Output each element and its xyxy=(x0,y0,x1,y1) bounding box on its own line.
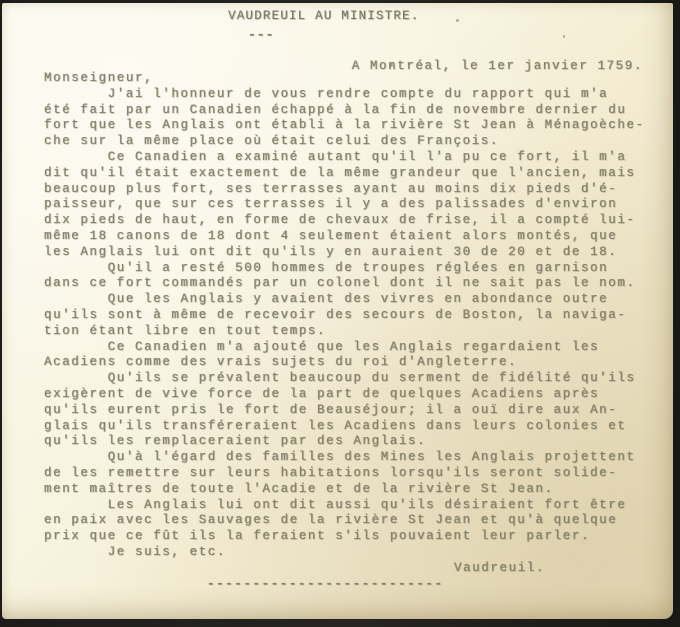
letter-line: J'ai l'honneur de vous rendre compte du … xyxy=(44,87,669,103)
letter-line: Que les Anglais y avaient des vivres en … xyxy=(44,292,669,308)
letter-line: Acadiens comme des vrais sujets du roi d… xyxy=(44,355,669,371)
letter-line: de les remettre sur leurs habitations lo… xyxy=(44,466,669,482)
letter-line: Je suis, etc. xyxy=(44,545,669,561)
letter-line: Ce Canadien a examiné autant qu'il l'a p… xyxy=(44,150,669,166)
ink-speck xyxy=(456,19,459,22)
letter-line: dix pieds de haut, en forme de chevaux d… xyxy=(44,213,669,229)
letter-line: paisseur, que sur ces terrasses il y a d… xyxy=(44,197,669,213)
letter-line: glais qu'ils transféreraient les Acadien… xyxy=(44,419,669,435)
paper-sheet: VAUDREUIL AU MINISTRE. --- A Montréal, l… xyxy=(2,3,673,619)
letter-line: dit qu'il était exactement de la même gr… xyxy=(44,166,669,182)
signature: Vaudreuil. xyxy=(44,561,669,577)
letter-line: en paix avec les Sauvages de la rivière … xyxy=(44,513,669,529)
letter-line: beaucoup plus fort, ses terrasses ayant … xyxy=(44,182,669,198)
letter-line: qu'ils les remplaceraient par des Anglai… xyxy=(44,434,669,450)
letter-line: qu'ils eurent pris le fort de Beauséjour… xyxy=(44,403,669,419)
letter-line: qu'ils sont à même de recevoir des secou… xyxy=(44,308,669,324)
letter-line: Les Anglais lui ont dit aussi qu'ils dés… xyxy=(44,498,669,514)
letter-line: prix que ce fût ils la feraient s'ils po… xyxy=(44,529,669,545)
letter-line: dans ce fort commandés par un colonel do… xyxy=(44,276,669,292)
body-lines: J'ai l'honneur de vous rendre compte du … xyxy=(44,87,669,561)
letter-line: Qu'à l'égard des familles des Mines les … xyxy=(44,450,669,466)
letter-line: fort que les Anglais ont établi à la riv… xyxy=(44,118,669,134)
ink-speck xyxy=(390,63,393,67)
letter-line: Ce Canadien m'a ajouté que les Anglais r… xyxy=(44,340,669,356)
letter-line: été fait par un Canadien échappé à la fi… xyxy=(44,103,669,119)
letter-line: exigèrent de vive force de la part de qu… xyxy=(44,387,669,403)
end-rule: -------------------------- xyxy=(44,577,669,593)
letter-body: Monseigneur, J'ai l'honneur de vous rend… xyxy=(44,71,669,592)
letter-line: même 18 canons de 18 dont 4 seulement ét… xyxy=(44,229,669,245)
letter-line: Qu'il a resté 500 hommes de troupes régl… xyxy=(44,261,669,277)
letter-line: tion étant libre en tout temps. xyxy=(44,324,669,340)
ink-speck xyxy=(563,35,565,38)
letter-heading: VAUDREUIL AU MINISTRE. xyxy=(228,9,419,23)
heading-rule: --- xyxy=(248,27,274,42)
letter-line: Qu'ils se prévalent beaucoup du serment … xyxy=(44,371,669,387)
scanned-letter: VAUDREUIL AU MINISTRE. --- A Montréal, l… xyxy=(0,0,680,627)
letter-line: ment maîtres de toute l'Acadie et de la … xyxy=(44,482,669,498)
letter-line: che sur la même place où était celui des… xyxy=(44,134,669,150)
salutation: Monseigneur, xyxy=(44,71,669,87)
letter-line: les Anglais lui ont dit qu'ils y en aura… xyxy=(44,245,669,261)
